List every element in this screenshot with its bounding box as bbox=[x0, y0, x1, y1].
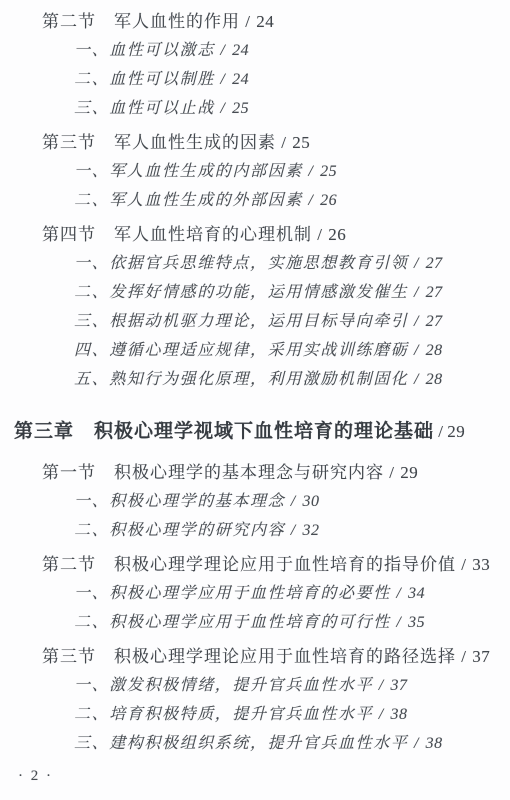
toc-entry-page: 38 bbox=[426, 735, 443, 752]
toc-page: 第二节 军人血性的作用 / 24 一、血性可以激志 / 24 二、血性可以制胜 … bbox=[0, 0, 510, 800]
toc-item-line: 一、血性可以激志 / 24 bbox=[74, 36, 510, 65]
toc-section-line: 第二节 积极心理学理论应用于血性培育的指导价值 / 33 bbox=[42, 550, 510, 579]
toc-entry-separator: / bbox=[408, 735, 425, 752]
toc-entry-separator: / bbox=[373, 706, 390, 723]
toc-item-line: 一、积极心理学的基本理念 / 30 bbox=[74, 487, 510, 516]
toc-entry-page: 30 bbox=[302, 493, 319, 510]
toc-item-line: 一、军人血性生成的内部因素 / 25 bbox=[74, 157, 510, 186]
toc-entry-page: 38 bbox=[390, 706, 407, 723]
toc-entry-separator: / bbox=[456, 647, 472, 666]
toc-entry-page: 27 bbox=[426, 313, 443, 330]
toc-section-line: 第四节 军人血性培育的心理机制 / 26 bbox=[42, 220, 510, 249]
toc-entry-text: 第四节 军人血性培育的心理机制 bbox=[42, 225, 312, 244]
toc-item-line: 五、熟知行为强化原理，利用激励机制固化 / 28 bbox=[74, 365, 510, 394]
toc-entry-separator: / bbox=[456, 555, 472, 574]
toc-item-line: 一、依据官兵思维特点，实施思想教育引领 / 27 bbox=[74, 249, 510, 278]
toc-entry-separator: / bbox=[215, 100, 232, 117]
toc-item-line: 三、建构积极组织系统，提升官兵血性水平 / 38 bbox=[74, 729, 510, 758]
toc-entry-separator: / bbox=[303, 163, 320, 180]
toc-entry-separator: / bbox=[408, 371, 425, 388]
toc-item-line: 四、遵循心理适应规律，采用实战训练磨砺 / 28 bbox=[74, 336, 510, 365]
toc-entry-separator: / bbox=[408, 255, 425, 272]
toc-entry-text: 三、根据动机驱力理论，运用目标导向牵引 bbox=[74, 313, 408, 330]
toc-entry-text: 三、建构积极组织系统，提升官兵血性水平 bbox=[74, 735, 408, 752]
toc-entry-separator: / bbox=[285, 522, 302, 539]
toc-entry-separator: / bbox=[384, 463, 400, 482]
toc-section-line: 第三节 军人血性生成的因素 / 25 bbox=[42, 128, 510, 157]
toc-entry-text: 五、熟知行为强化原理，利用激励机制固化 bbox=[74, 371, 408, 388]
toc-item-line: 二、积极心理学应用于血性培育的可行性 / 35 bbox=[74, 608, 510, 637]
toc-item-line: 二、培育积极特质，提升官兵血性水平 / 38 bbox=[74, 700, 510, 729]
toc-entry-separator: / bbox=[215, 42, 232, 59]
toc-entry-page: 25 bbox=[232, 100, 249, 117]
toc-entry-separator: / bbox=[312, 225, 328, 244]
toc-item-line: 三、血性可以止战 / 25 bbox=[74, 94, 510, 123]
toc-entry-page: 28 bbox=[426, 371, 443, 388]
toc-entry-page: 28 bbox=[426, 342, 443, 359]
toc-entry-page: 27 bbox=[426, 284, 443, 301]
toc-entry-separator: / bbox=[408, 284, 425, 301]
toc-entry-text: 一、激发积极情绪，提升官兵血性水平 bbox=[74, 677, 373, 694]
toc-entry-text: 二、积极心理学的研究内容 bbox=[74, 522, 285, 539]
toc-entry-page: 33 bbox=[472, 555, 490, 574]
toc-entry-page: 26 bbox=[328, 225, 346, 244]
toc-entry-separator: / bbox=[408, 313, 425, 330]
toc-entry-page: 34 bbox=[408, 585, 425, 602]
toc-section-line: 第一节 积极心理学的基本理念与研究内容 / 29 bbox=[42, 458, 510, 487]
toc-entry-text: 一、积极心理学的基本理念 bbox=[74, 493, 285, 510]
toc-entry-text: 一、依据官兵思维特点，实施思想教育引领 bbox=[74, 255, 408, 272]
toc-entry-page: 24 bbox=[232, 42, 249, 59]
toc-entry-text: 一、军人血性生成的内部因素 bbox=[74, 163, 303, 180]
toc-entry-separator: / bbox=[303, 192, 320, 209]
toc-entry-separator: / bbox=[215, 71, 232, 88]
toc-section-line: 第二节 军人血性的作用 / 24 bbox=[42, 7, 510, 36]
toc-entry-text: 二、培育积极特质，提升官兵血性水平 bbox=[74, 706, 373, 723]
toc-entry-separator: / bbox=[434, 422, 447, 441]
toc-entry-separator: / bbox=[391, 585, 408, 602]
toc-entry-text: 一、积极心理学应用于血性培育的必要性 bbox=[74, 585, 391, 602]
toc-entry-separator: / bbox=[391, 614, 408, 631]
toc-entry-text: 一、血性可以激志 bbox=[74, 42, 215, 59]
toc-entry-separator: / bbox=[408, 342, 425, 359]
toc-entry-separator: / bbox=[240, 12, 256, 31]
toc-item-line: 一、积极心理学应用于血性培育的必要性 / 34 bbox=[74, 579, 510, 608]
toc-item-line: 二、军人血性生成的外部因素 / 26 bbox=[74, 186, 510, 215]
toc-entry-text: 第一节 积极心理学的基本理念与研究内容 bbox=[42, 463, 384, 482]
toc-entry-text: 二、军人血性生成的外部因素 bbox=[74, 192, 303, 209]
toc-entry-separator: / bbox=[276, 133, 292, 152]
page-number: · 2 · bbox=[18, 766, 53, 786]
toc-entry-separator: / bbox=[373, 677, 390, 694]
toc-entry-page: 25 bbox=[320, 163, 337, 180]
toc-entry-page: 24 bbox=[232, 71, 249, 88]
toc-entry-page: 25 bbox=[292, 133, 310, 152]
toc-entry-text: 二、血性可以制胜 bbox=[74, 71, 215, 88]
toc-item-line: 二、发挥好情感的功能，运用情感激发催生 / 27 bbox=[74, 278, 510, 307]
toc-item-line: 三、根据动机驱力理论，运用目标导向牵引 / 27 bbox=[74, 307, 510, 336]
toc-item-line: 二、积极心理学的研究内容 / 32 bbox=[74, 516, 510, 545]
toc-entry-text: 第三节 积极心理学理论应用于血性培育的路径选择 bbox=[42, 647, 456, 666]
toc-item-line: 一、激发积极情绪，提升官兵血性水平 / 37 bbox=[74, 671, 510, 700]
toc-item-line: 二、血性可以制胜 / 24 bbox=[74, 65, 510, 94]
toc-entry-text: 第二节 积极心理学理论应用于血性培育的指导价值 bbox=[42, 555, 456, 574]
toc-entry-text: 二、积极心理学应用于血性培育的可行性 bbox=[74, 614, 391, 631]
toc-entry-page: 24 bbox=[256, 12, 274, 31]
toc-entry-page: 37 bbox=[390, 677, 407, 694]
toc-entry-text: 三、血性可以止战 bbox=[74, 100, 215, 117]
toc-entry-page: 37 bbox=[472, 647, 490, 666]
toc-entry-page: 27 bbox=[426, 255, 443, 272]
toc-entry-page: 29 bbox=[447, 422, 465, 441]
toc-entry-text: 第三章 积极心理学视域下血性培育的理论基础 bbox=[14, 421, 434, 442]
toc-section-line: 第三节 积极心理学理论应用于血性培育的路径选择 / 37 bbox=[42, 642, 510, 671]
toc-entry-page: 32 bbox=[302, 522, 319, 539]
toc-entry-page: 29 bbox=[400, 463, 418, 482]
toc-entry-page: 26 bbox=[320, 192, 337, 209]
toc-entry-text: 二、发挥好情感的功能，运用情感激发催生 bbox=[74, 284, 408, 301]
toc-entry-text: 四、遵循心理适应规律，采用实战训练磨砺 bbox=[74, 342, 408, 359]
toc-entry-separator: / bbox=[285, 493, 302, 510]
toc-entry-text: 第三节 军人血性生成的因素 bbox=[42, 133, 276, 152]
toc-entry-text: 第二节 军人血性的作用 bbox=[42, 12, 240, 31]
toc-entry-page: 35 bbox=[408, 614, 425, 631]
toc-chapter-line: 第三章 积极心理学视域下血性培育的理论基础 / 29 bbox=[14, 416, 510, 448]
